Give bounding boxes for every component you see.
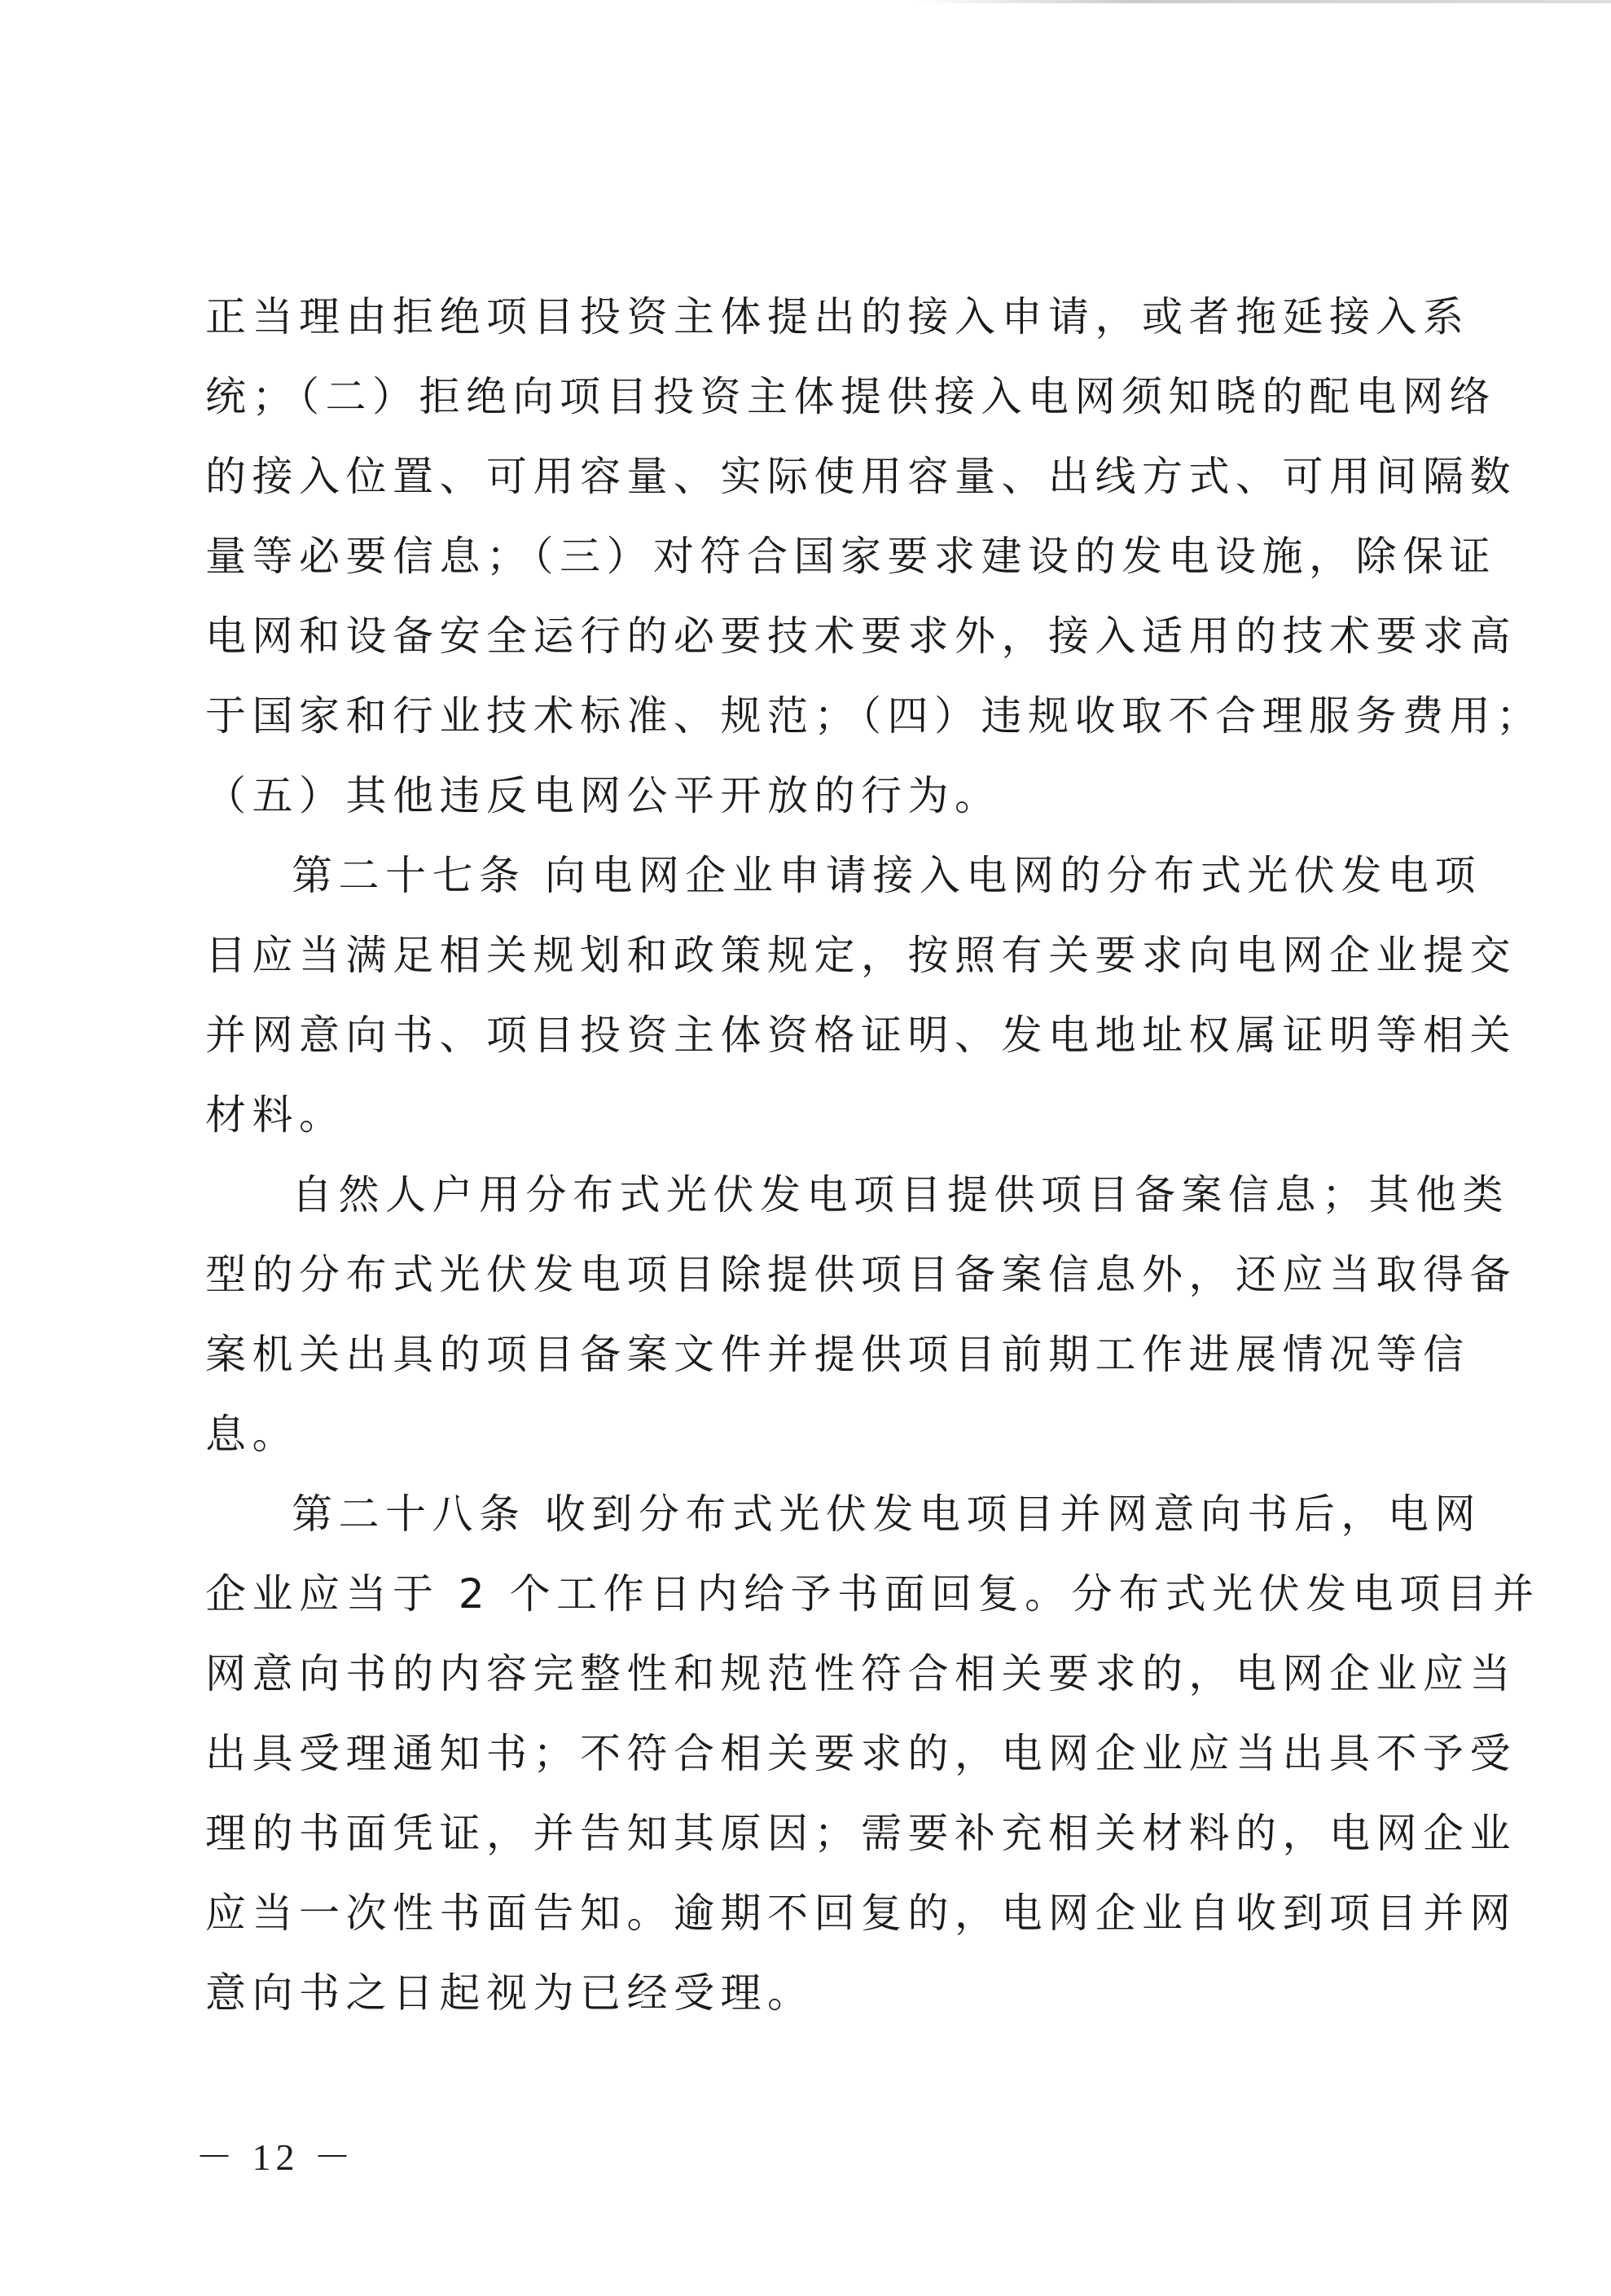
document-body: 正当理由拒绝项目投资主体提出的接入申请，或者拖延接入系 统；（二）拒绝向项目投资… (205, 277, 1409, 2033)
text-line: 于国家和行业技术标准、规范；（四）违规收取不合理服务费用； (205, 676, 1409, 756)
text-line: 量等必要信息；（三）对符合国家要求建设的发电设施，除保证 (205, 516, 1409, 596)
article-28-heading-line: 第二十八条 收到分布式光伏发电项目并网意向书后，电网 (205, 1474, 1409, 1554)
text-line: 电网和设备安全运行的必要技术要求外，接入适用的技术要求高 (205, 596, 1409, 676)
paragraph-start-line: 自然人户用分布式光伏发电项目提供项目备案信息；其他类 (205, 1155, 1409, 1235)
text-line: 的接入位置、可用容量、实际使用容量、出线方式、可用间隔数 (205, 437, 1409, 516)
text-line: 正当理由拒绝项目投资主体提出的接入申请，或者拖延接入系 (205, 277, 1409, 357)
text-line: 意向书之日起视为已经受理。 (205, 1953, 1409, 2033)
text-line: 材料。 (205, 1075, 1409, 1155)
text-line: 型的分布式光伏发电项目除提供项目备案信息外，还应当取得备 (205, 1235, 1409, 1315)
text-line: 并网意向书、项目投资主体资格证明、发电地址权属证明等相关 (205, 995, 1409, 1075)
text-line: 网意向书的内容完整性和规范性符合相关要求的，电网企业应当 (205, 1634, 1409, 1714)
article-27-heading-line: 第二十七条 向电网企业申请接入电网的分布式光伏发电项 (205, 836, 1409, 915)
scan-edge-artifact (912, 0, 1611, 3)
text-line: 应当一次性书面告知。逾期不回复的，电网企业自收到项目并网 (205, 1873, 1409, 1953)
text-line: 理的书面凭证，并告知其原因；需要补充相关材料的，电网企业 (205, 1793, 1409, 1873)
text-line: （五）其他违反电网公平开放的行为。 (205, 756, 1409, 836)
text-line: 案机关出具的项目备案文件并提供项目前期工作进展情况等信 (205, 1315, 1409, 1394)
text-line: 出具受理通知书；不符合相关要求的，电网企业应当出具不予受 (205, 1714, 1409, 1793)
page-number: － 12 － (195, 2127, 356, 2181)
text-line: 企业应当于 2 个工作日内给予书面回复。分布式光伏发电项目并 (205, 1554, 1409, 1634)
text-line: 息。 (205, 1394, 1409, 1474)
text-line: 统；（二）拒绝向项目投资主体提供接入电网须知晓的配电网络 (205, 357, 1409, 437)
text-line: 目应当满足相关规划和政策规定，按照有关要求向电网企业提交 (205, 915, 1409, 995)
